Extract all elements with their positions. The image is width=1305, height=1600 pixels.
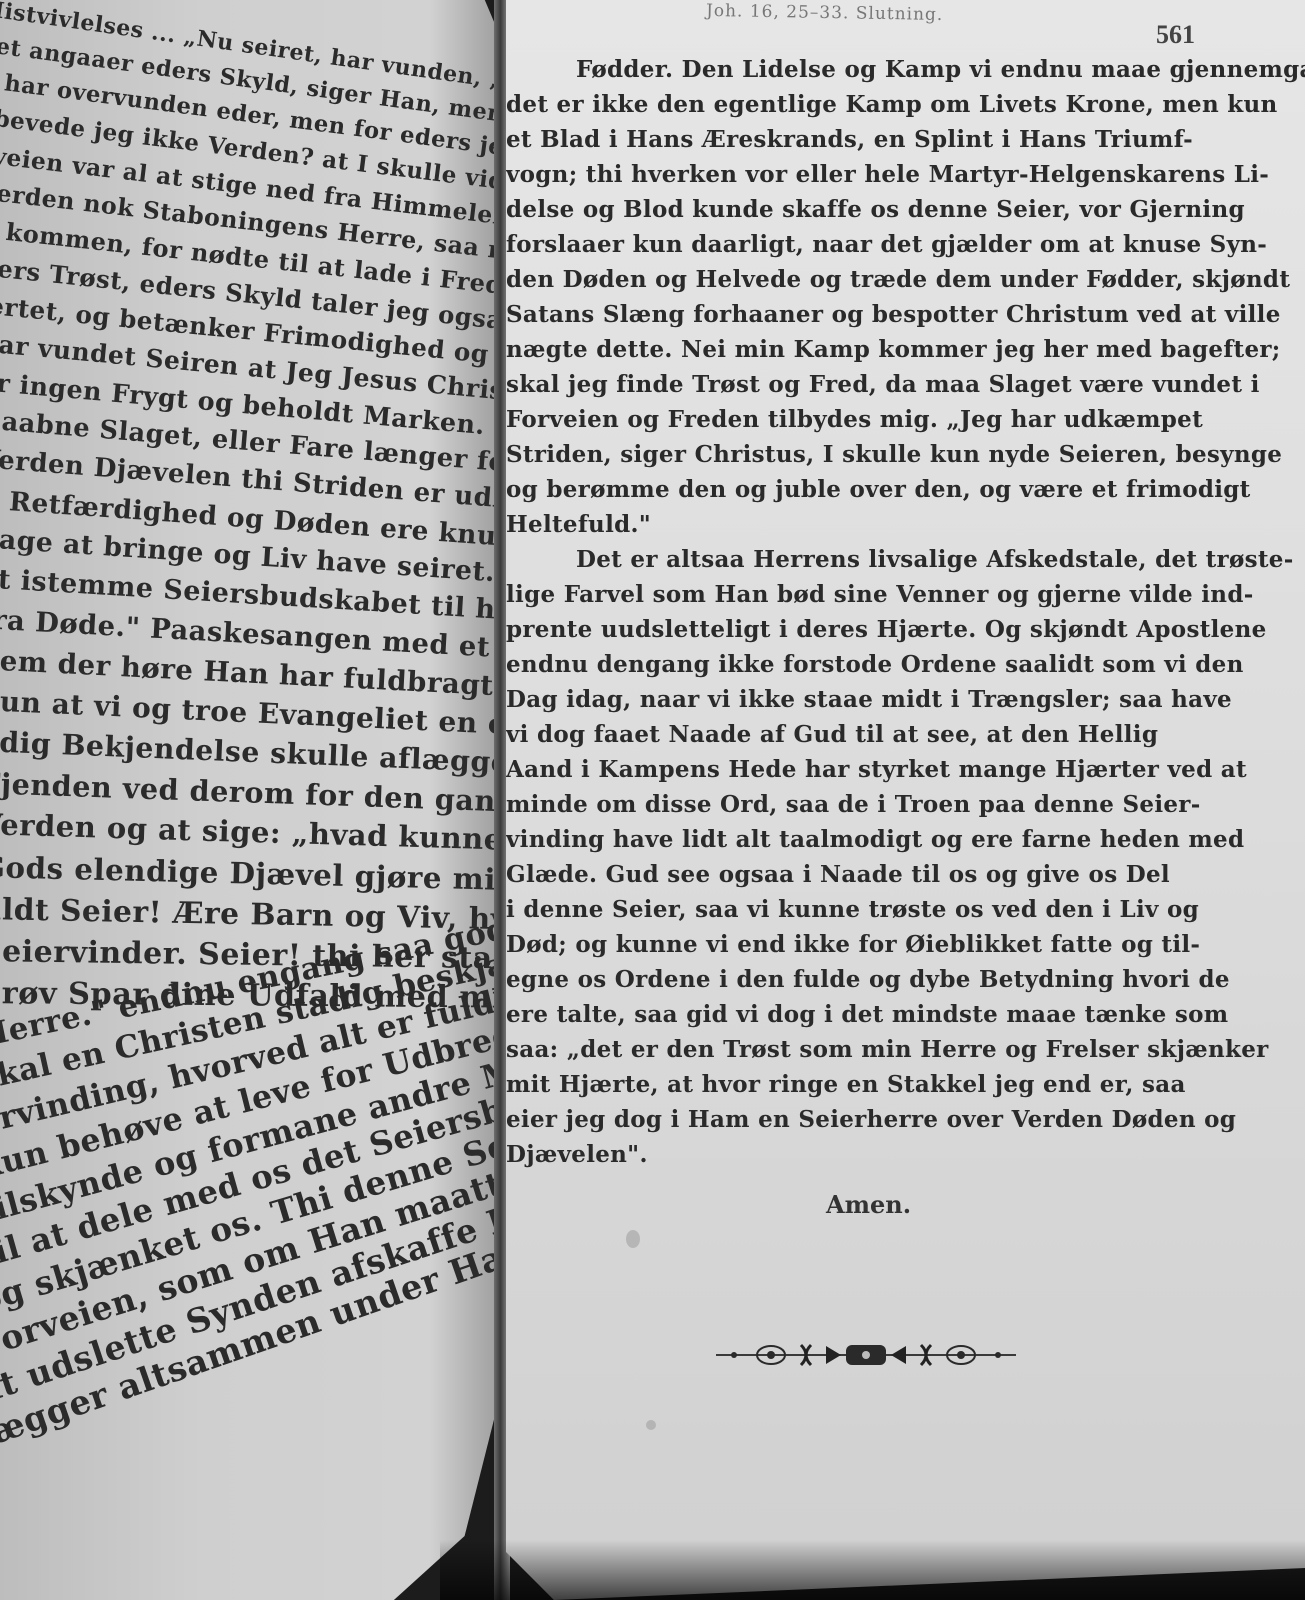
left-page-text: Mistvivlelses ... „Nu seiret, har vunden… [0,0,500,1461]
text-line: et Blad i Hans Æreskrands, en Splint i H… [506,122,1251,157]
text-line: Heltefuld." [506,507,1251,542]
left-page: Mistvivlelses ... „Nu seiret, har vunden… [0,0,505,1600]
text-line: Død; og kunne vi end ikke for Øieblikket… [506,927,1251,962]
text-line: Aand i Kampens Hede har styrket mange Hj… [506,752,1251,787]
decorative-tailpiece-icon [716,1340,1016,1370]
text-line: ere talte, saa gid vi dog i det mindste … [506,997,1251,1032]
text-line: det er ikke den egentlige Kamp om Livets… [506,87,1251,122]
text-line: mit Hjærte, at hvor ringe en Stakkel jeg… [506,1067,1251,1102]
text-line: Striden, siger Christus, I skulle kun ny… [506,437,1251,472]
open-book-spread: Mistvivlelses ... „Nu seiret, har vunden… [0,0,1305,1600]
text-line: i denne Seier, saa vi kunne trøste os ve… [506,892,1251,927]
closing-amen: Amen. [826,1190,911,1219]
text-line: skal jeg finde Trøst og Fred, da maa Sla… [506,367,1251,402]
text-line: Forveien og Freden tilbydes mig. „Jeg ha… [506,402,1251,437]
text-line: vinding have lidt alt taalmodigt og ere … [506,822,1251,857]
right-page: Joh. 16, 25–33. Slutning. 561 Fødder. De… [506,0,1305,1600]
text-line: den Døden og Helvede og træde dem under … [506,262,1251,297]
text-line: vi dog faaet Naade af Gud til at see, at… [506,717,1251,752]
running-head: Joh. 16, 25–33. Slutning. [706,1,1066,27]
text-line: minde om disse Ord, saa de i Troen paa d… [506,787,1251,822]
text-line: og berømme den og juble over den, og vær… [506,472,1251,507]
text-line: Djævelen". [506,1137,1251,1172]
text-line: Satans Slæng forhaaner og bespotter Chri… [506,297,1251,332]
right-page-body-text: Fødder. Den Lidelse og Kamp vi endnu maa… [506,52,1251,1172]
text-line: eier jeg dog i Ham en Seierherre over Ve… [506,1102,1251,1137]
text-line: endnu dengang ikke forstode Ordene saali… [506,647,1251,682]
text-line: Glæde. Gud see ogsaa i Naade til os og g… [506,857,1251,892]
text-line: Det er altsaa Herrens livsalige Afskedst… [506,542,1251,577]
text-line: egne os Ordene i den fulde og dybe Betyd… [506,962,1251,997]
text-line: Fødder. Den Lidelse og Kamp vi endnu maa… [506,52,1251,87]
text-line: saa: „det er den Trøst som min Herre og … [506,1032,1251,1067]
text-line: vogn; thi hverken vor eller hele Martyr-… [506,157,1251,192]
text-line: delse og Blod kunde skaffe os denne Seie… [506,192,1251,227]
text-line: lige Farvel som Han bød sine Venner og g… [506,577,1251,612]
text-line: forslaaer kun daarligt, naar det gjælder… [506,227,1251,262]
text-line: prente uudsletteligt i deres Hjærte. Og … [506,612,1251,647]
page-bottom-shadow [440,1540,1305,1600]
page-number: 561 [1156,20,1195,50]
text-line: Dag idag, naar vi ikke staae midt i Træn… [506,682,1251,717]
text-line: nægte dette. Nei min Kamp kommer jeg her… [506,332,1251,367]
